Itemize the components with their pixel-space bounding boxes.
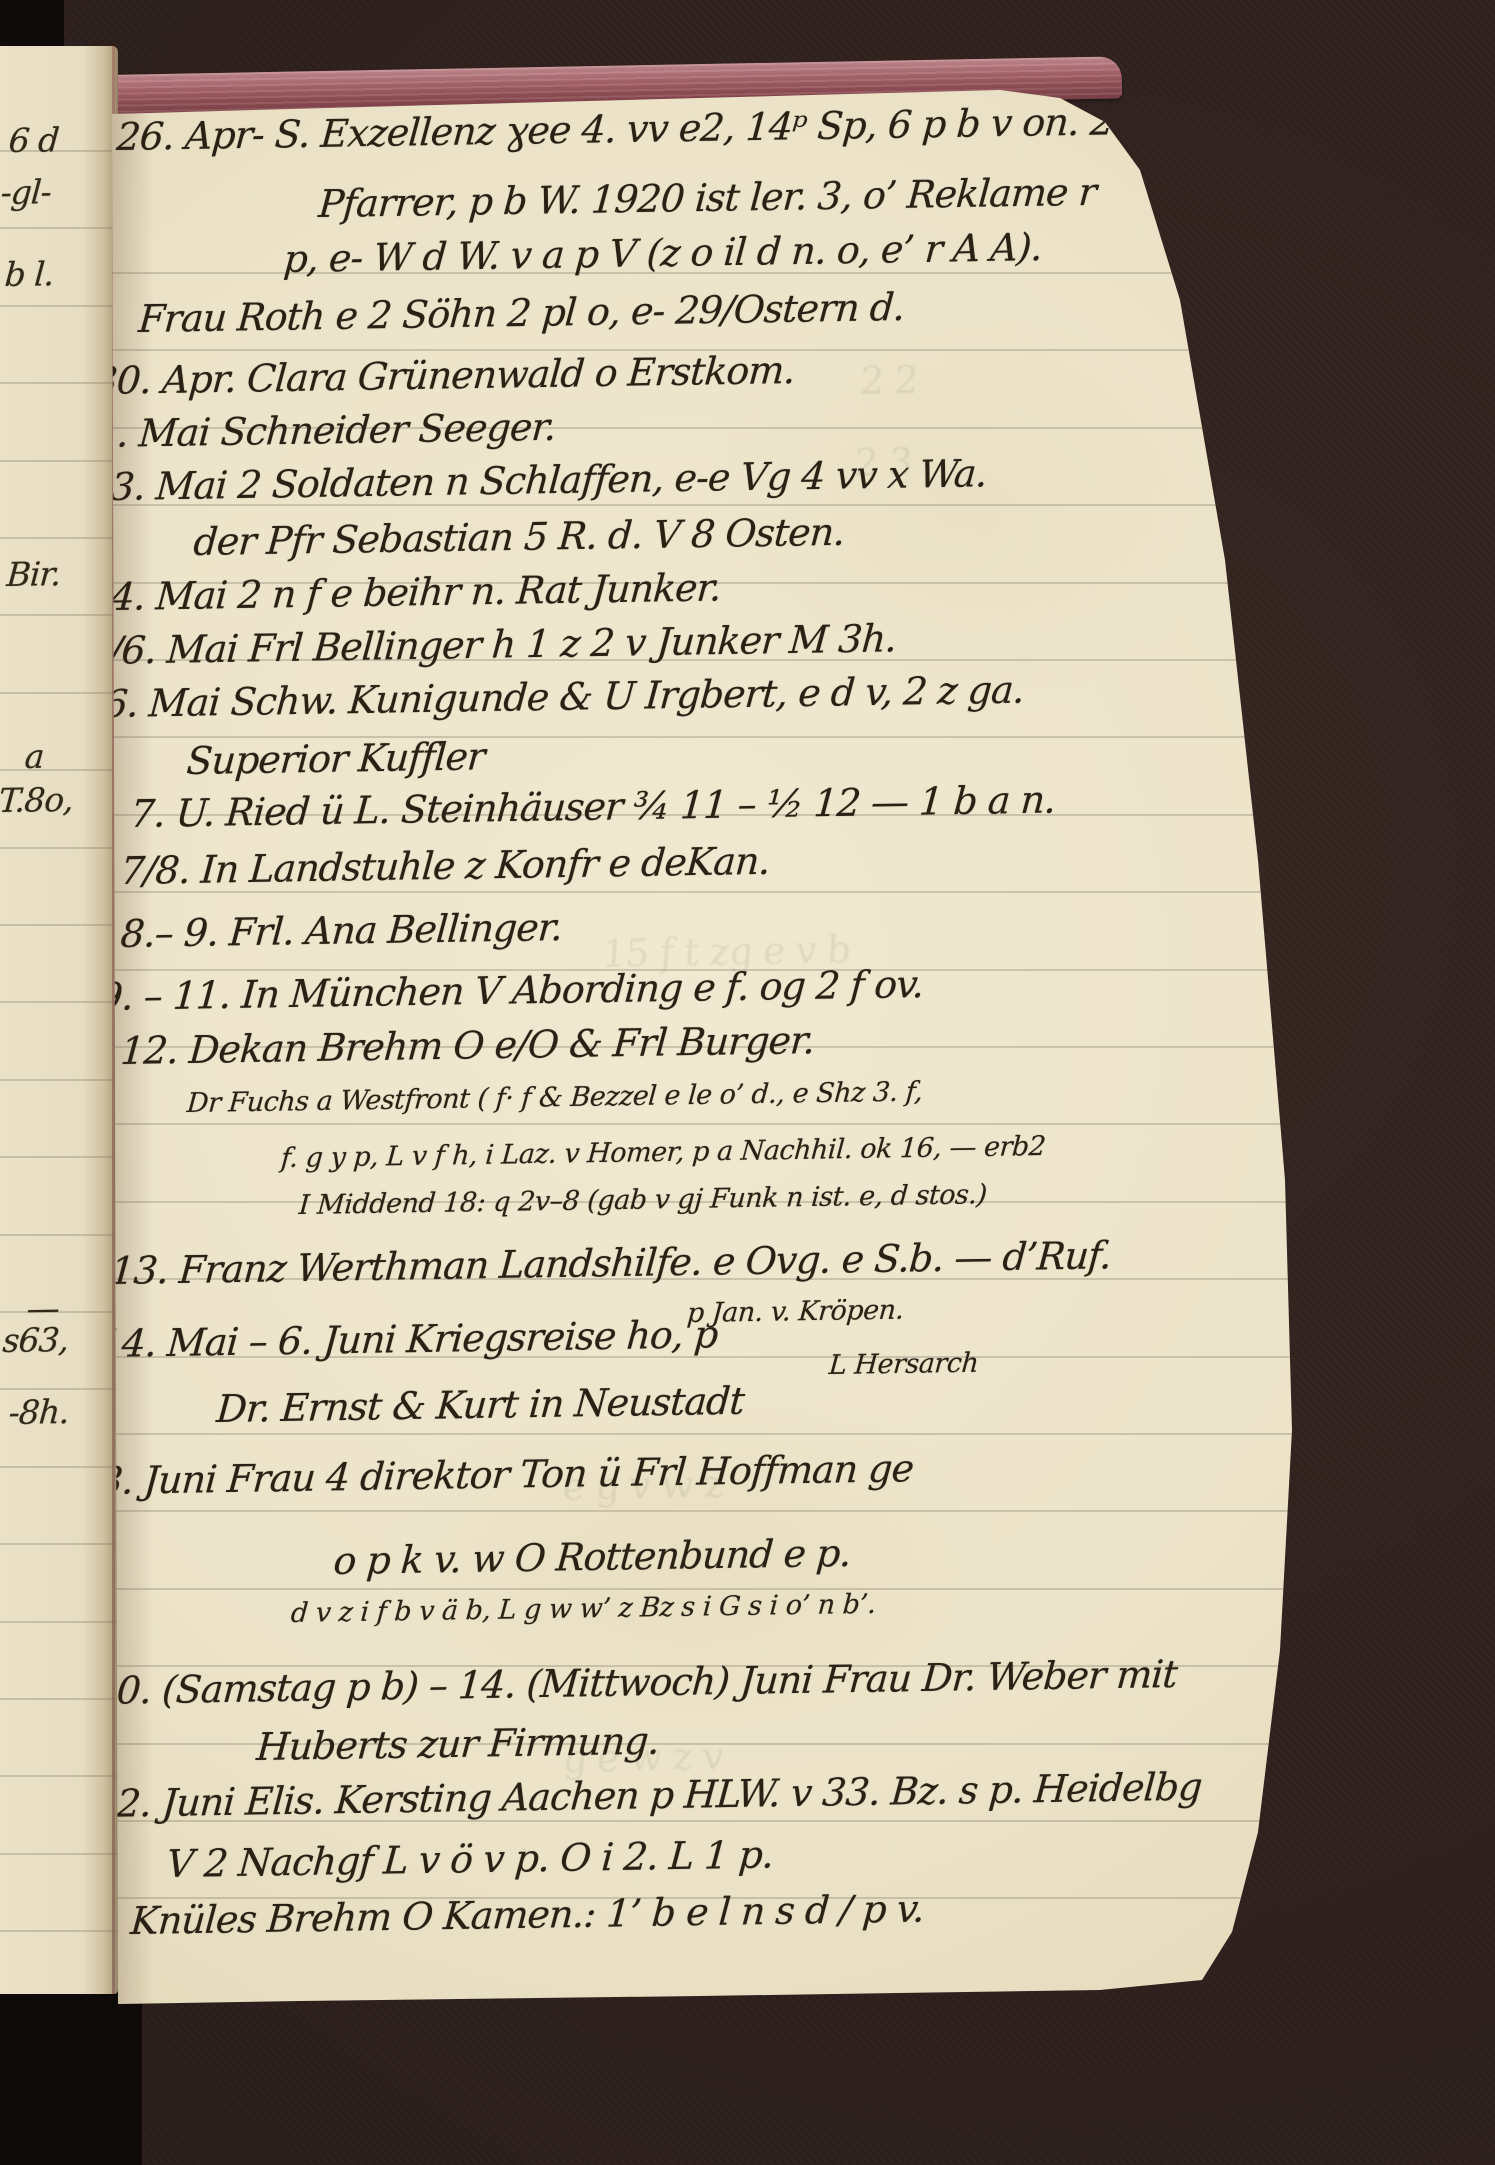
handwritten-line: 8.– 9. Frl. Ana Bellinger. [119, 908, 563, 955]
ruled-line [0, 460, 118, 462]
handwritten-line: V 2 Nachgf L v ö v p. O i 2. L 1 p. [165, 1835, 774, 1884]
ruled-line [0, 227, 118, 229]
ruled-line [0, 1853, 118, 1855]
facing-text-fragment: a [24, 740, 45, 775]
facing-page-sliver: 6 d-gl-b l.Bir.aT.8o,—s63,-8h. [0, 46, 118, 1994]
ruled-line [0, 847, 118, 849]
ruled-line [0, 924, 118, 926]
ruled-line [0, 1001, 118, 1003]
photo-stage: 6 d-gl-b l.Bir.aT.8o,—s63,-8h. 2 22 315 … [0, 0, 1495, 2165]
book-spine-shadow-bottom [0, 1978, 142, 2165]
ruled-line [0, 614, 118, 616]
handwritten-line: o p k v. w O Rottenbund e p. [332, 1534, 852, 1582]
ruled-line [0, 692, 118, 694]
ruled-line [0, 1156, 118, 1158]
handwritten-line: 4. Mai 2 n f e beihr n. Rat Junker. [109, 568, 722, 618]
bleedthrough-ghost: 2 2 [858, 361, 920, 402]
facing-text-fragment: s63, [2, 1323, 70, 1359]
ruled-line [0, 382, 118, 384]
handwritten-line: Dr. Ernst & Kurt in Neustadt [215, 1382, 745, 1430]
ruled-line [0, 1123, 1495, 1125]
ruled-line [0, 1466, 118, 1468]
facing-text-fragment: b l. [4, 257, 55, 292]
handwritten-line: Huberts zur Firmung. [255, 1722, 660, 1768]
ruled-line [0, 305, 118, 307]
ruled-line [0, 1311, 118, 1313]
facing-text-fragment: -8h. [8, 1395, 70, 1431]
ruled-line [0, 1621, 118, 1623]
ruled-line [0, 1234, 118, 1236]
ruled-line [0, 1543, 118, 1545]
facing-text-fragment: Bir. [6, 557, 62, 593]
ruled-line [0, 769, 118, 771]
ruled-line [0, 1930, 118, 1932]
ruled-line [0, 1079, 118, 1081]
ruled-line [0, 1698, 118, 1700]
handwritten-line: 1. Mai Schneider Seeger. [92, 408, 557, 455]
ruled-line [0, 1388, 118, 1390]
handwritten-line: L Hersarch [828, 1350, 979, 1381]
ruled-line [0, 1775, 118, 1777]
handwritten-line: Superior Kuffler [185, 737, 486, 782]
facing-text-fragment: 6 d [8, 123, 60, 158]
ruled-line [0, 537, 118, 539]
facing-text-fragment: -gl- [0, 175, 52, 210]
handwritten-line: 14. Mai – 6. Juni Kriegsreise ho, p [97, 1315, 719, 1365]
facing-text-fragment: T.8o, [0, 783, 74, 819]
